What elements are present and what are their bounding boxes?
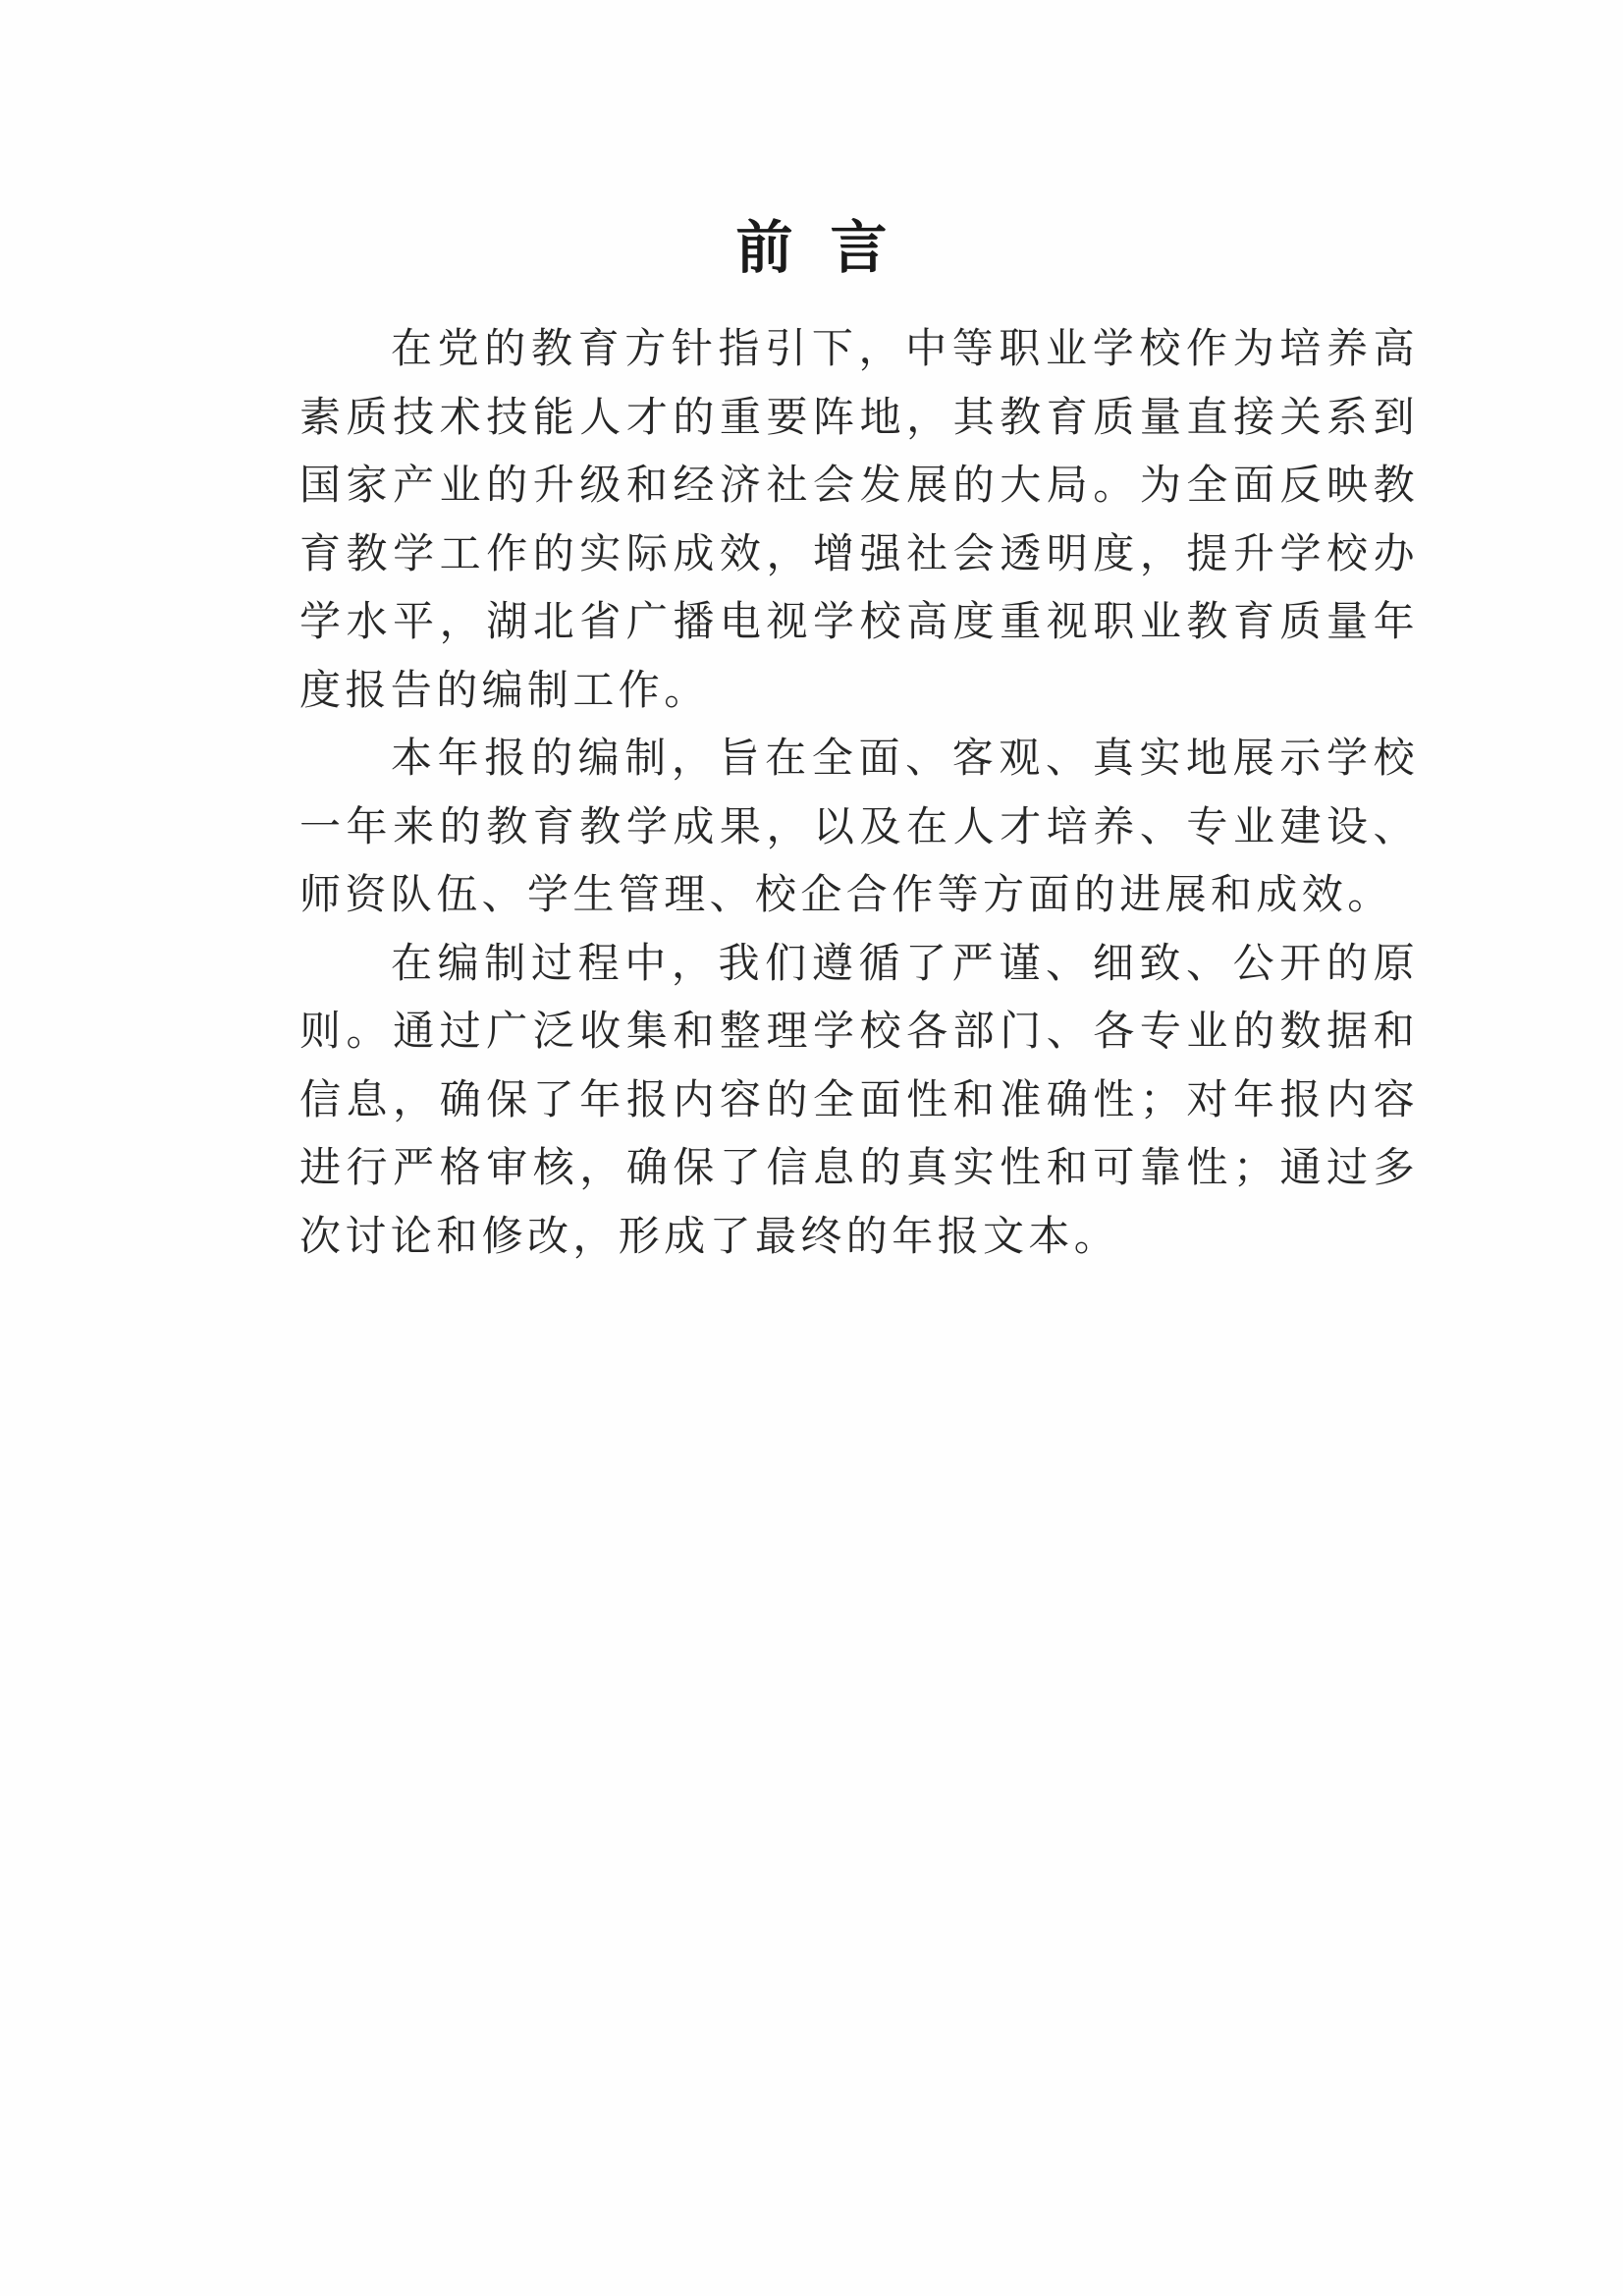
document-page: 前言 在党的教育方针指引下，中等职业学校作为培养高素质技术技能人才的重要阵地，其… xyxy=(0,0,1623,2296)
body-text: 在党的教育方针指引下，中等职业学校作为培养高素质技术技能人才的重要阵地，其教育质… xyxy=(299,314,1419,1270)
paragraph-process: 在编制过程中，我们遵循了严谨、细致、公开的原则。通过广泛收集和整理学校各部门、各… xyxy=(299,929,1419,1271)
page-title: 前言 xyxy=(0,208,1623,287)
paragraph-purpose: 在党的教育方针指引下，中等职业学校作为培养高素质技术技能人才的重要阵地，其教育质… xyxy=(299,314,1419,724)
paragraph-objective: 本年报的编制，旨在全面、客观、真实地展示学校一年来的教育教学成果，以及在人才培养… xyxy=(299,724,1419,929)
